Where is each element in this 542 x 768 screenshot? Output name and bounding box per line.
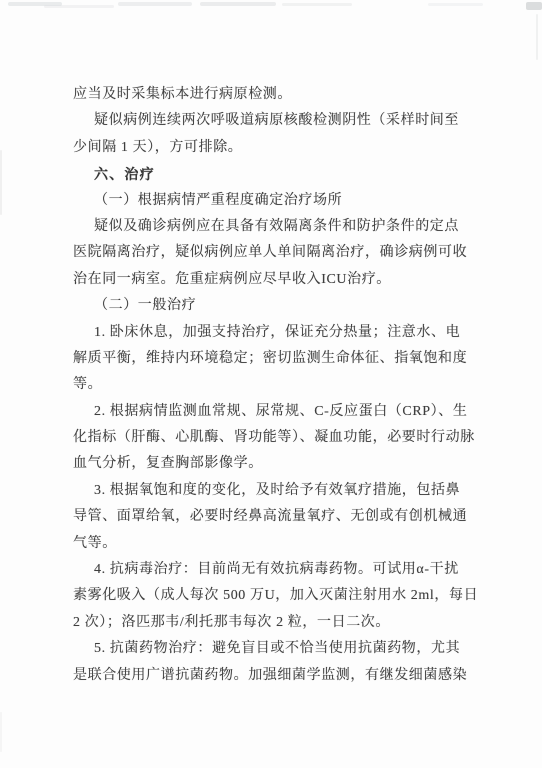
scan-streak xyxy=(200,2,276,6)
document-body: 应当及时采集标本进行病原检测。 疑似病例连续两次呼吸道病原核酸检测阴性（采样时间… xyxy=(73,82,473,689)
text-line: 治在同一病室。危重症病例应尽早收入ICU治疗。 xyxy=(73,267,473,293)
text-line: 气等。 xyxy=(73,531,473,557)
scan-edge-line xyxy=(0,712,2,752)
scanned-document-page: 应当及时采集标本进行病原检测。 疑似病例连续两次呼吸道病原核酸检测阴性（采样时间… xyxy=(0,0,542,768)
text-line: 等。 xyxy=(73,372,473,398)
text-line: 素雾化吸入（成人每次 500 万U，加入灭菌注射用水 2ml，每日 xyxy=(73,583,473,609)
text-line: 血气分析，复查胸部影像学。 xyxy=(73,451,473,477)
text-line: 医院隔离治疗，疑似病例应单人单间隔离治疗，确诊病例可收 xyxy=(73,240,473,266)
text-line: 应当及时采集标本进行病原检测。 xyxy=(73,82,473,108)
subsection-title: （二）一般治疗 xyxy=(73,293,473,319)
text-line: 2 次）；洛匹那韦/利托那韦每次 2 粒，一日二次。 xyxy=(73,610,473,636)
section-heading: 六、治疗 xyxy=(73,161,473,187)
text-line: 解质平衡，维持内环境稳定；密切监测生命体征、指氧饱和度 xyxy=(73,346,473,372)
text-line: 1. 卧床休息，加强支持治疗，保证充分热量；注意水、电 xyxy=(73,320,473,346)
scan-streak xyxy=(44,5,114,8)
text-line: 少间隔 1 天），方可排除。 xyxy=(73,135,473,161)
text-line: 导管、面罩给氧，必要时经鼻高流量氧疗、无创或有创机械通 xyxy=(73,504,473,530)
text-line: 3. 根据氧饱和度的变化，及时给予有效氧疗措施，包括鼻 xyxy=(73,478,473,504)
subsection-title: （一）根据病情严重程度确定治疗场所 xyxy=(73,188,473,214)
scan-streak xyxy=(282,3,352,6)
text-line: 疑似及确诊病例应在具备有效隔离条件和防护条件的定点 xyxy=(73,214,473,240)
text-line: 疑似病例连续两次呼吸道病原核酸检测阴性（采样时间至 xyxy=(73,108,473,134)
text-line: 化指标（肝酶、心肌酶、肾功能等）、凝血功能，必要时行动脉 xyxy=(73,425,473,451)
text-line: 2. 根据病情监测血常规、尿常规、C-反应蛋白（CRP）、生 xyxy=(73,399,473,425)
scan-streak xyxy=(118,2,192,6)
scan-smudge xyxy=(526,2,542,10)
text-line: 是联合使用广谱抗菌药物。加强细菌学监测，有继发细菌感染 xyxy=(73,663,473,689)
scan-edge-line xyxy=(536,14,538,60)
text-line: 4. 抗病毒治疗：目前尚无有效抗病毒药物。可试用α-干扰 xyxy=(73,557,473,583)
scan-edge-line xyxy=(0,150,2,215)
text-line: 5. 抗菌药物治疗：避免盲目或不恰当使用抗菌药物，尤其 xyxy=(73,636,473,662)
scan-streak xyxy=(428,3,483,6)
